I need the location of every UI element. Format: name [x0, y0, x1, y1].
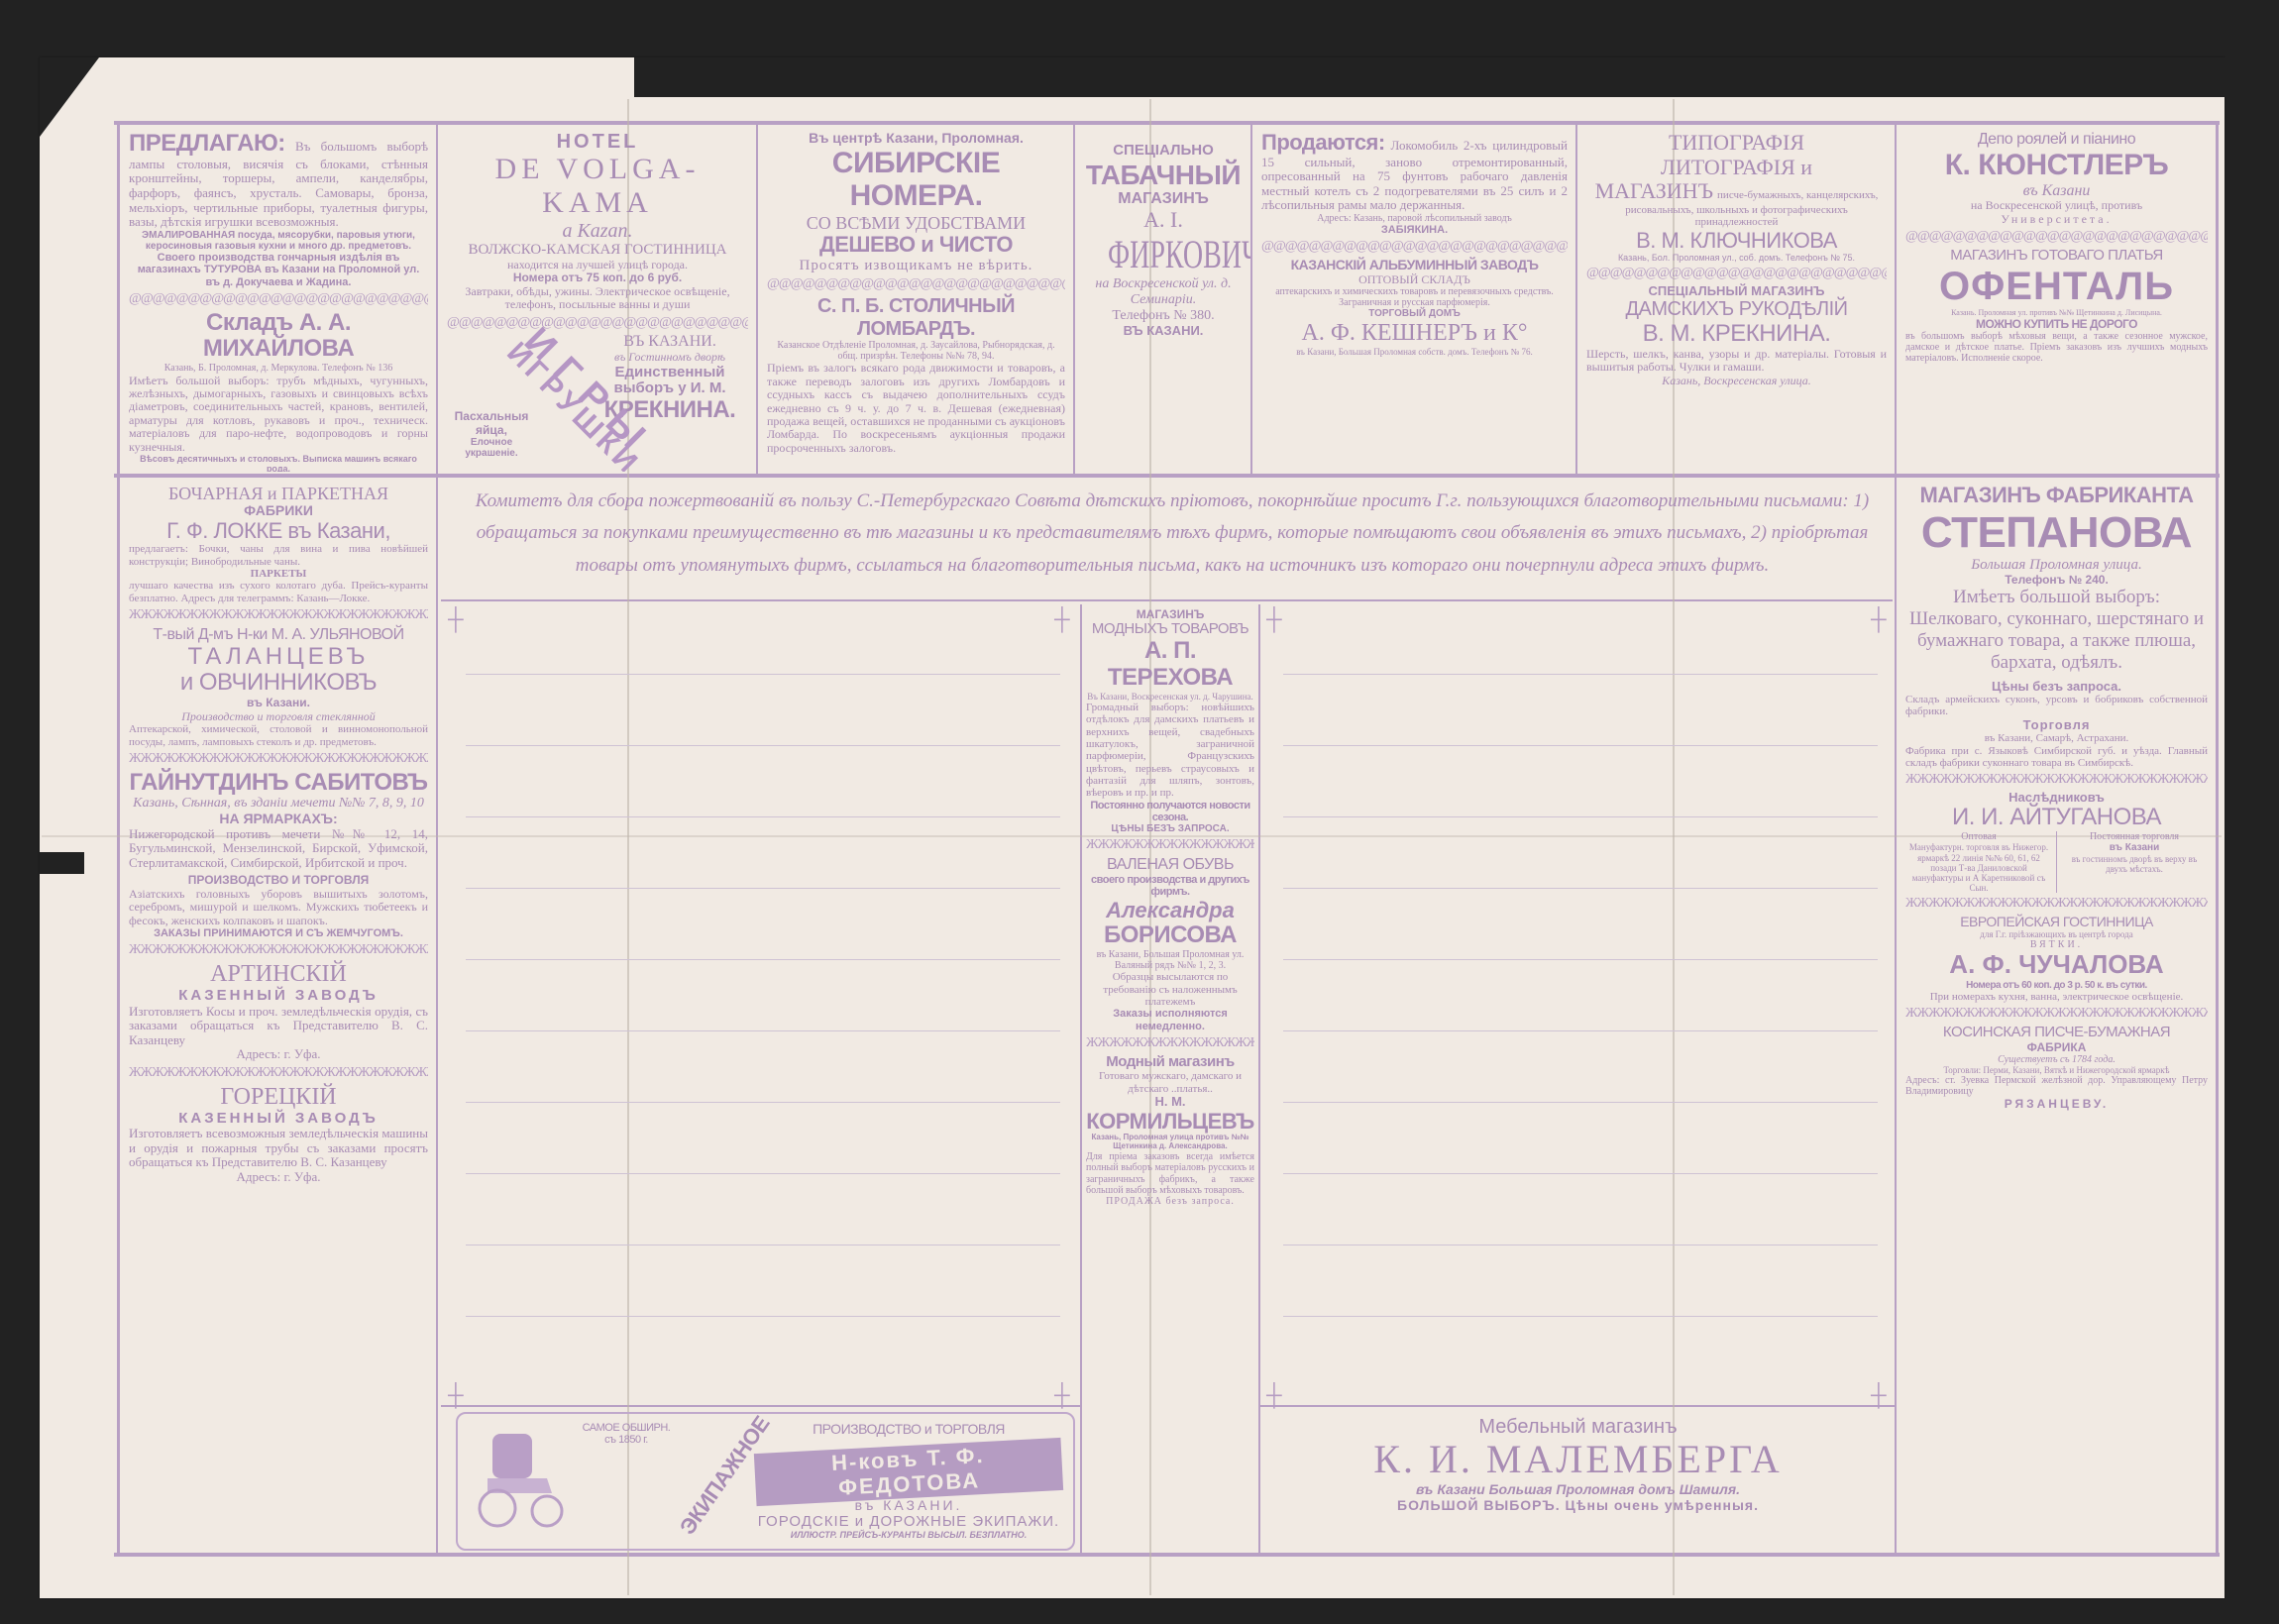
ad-kosinskaya: КОСИНСКАЯ ПИСЧЕ-БУМАЖНАЯ ФАБРИКА Существ… [1905, 1025, 2208, 1111]
col-divider [1073, 121, 1075, 474]
col-divider [756, 121, 758, 474]
ad-aituganov: Наслѣдниковъ И. И. АЙТУГАНОВА Оптовая Ма… [1905, 791, 2208, 893]
ornament-divider: @@@@@@@@@@@@@@@@@@@@@@@@@@@@@@@@@@@@ [767, 276, 1065, 292]
mid-rule [114, 474, 2220, 478]
ad-sibirskie-nomera: Въ центрѣ Казани, Проломная. СИБИРСКІЕ Н… [759, 127, 1073, 472]
ornament-divider: ЖЖЖЖЖЖЖЖЖЖЖЖЖЖЖЖЖЖЖЖЖЖЖЖЖЖЖЖЖЖЖЖ [129, 607, 428, 623]
left-border [117, 121, 120, 1556]
right-ad-column: МАГАЗИНЪ ФАБРИКАНТА СТЕПАНОВА Большая Пр… [1898, 480, 2216, 1553]
ad-goretsky: ГОРЕЦКІЙ КАЗЕННЫЙ ЗАВОДЪ Изготовляетъ вс… [129, 1084, 428, 1185]
ad-sabitov: ГАЙНУТДИНЪ САБИТОВЪ Казань, Сѣнная, въ з… [129, 770, 428, 940]
ornament-divider: ЖЖЖЖЖЖЖЖЖЖЖЖЖЖЖЖЖЖЖЖЖЖЖЖЖЖЖЖЖЖЖЖ [129, 942, 428, 958]
ad-talantsev: Т-вый Д-мъ Н-ки М. А. УЛЬЯНОВОЙ ТАЛАНЦЕВ… [129, 626, 428, 748]
ad-terekhov: МАГАЗИНЪ МОДНЫХЪ ТОВАРОВЪ А. П. ТЕРЕХОВА… [1086, 608, 1254, 834]
corner-cross-icon: ┼ [1266, 606, 1282, 632]
charity-notice: Комитетъ для сбора пожертвованій въ поль… [444, 486, 1900, 582]
corner-cross-icon: ┼ [1871, 1382, 1887, 1408]
col-divider [1575, 121, 1577, 474]
ornament-divider: @@@@@@@@@@@@@@@@@@@@@@@@@@@@@@@@@@@@ [1586, 266, 1887, 281]
ornament-divider: ЖЖЖЖЖЖЖЖЖЖЖЖЖЖЖЖЖЖЖЖЖЖЖЖЖЖЖЖЖЖЖЖ [1905, 772, 2208, 788]
ornament-divider: ЖЖЖЖЖЖЖЖЖЖЖЖЖЖЖЖЖЖЖЖЖЖЖЖЖЖЖЖЖЖЖЖ [129, 1065, 428, 1081]
ad-locke: БОЧАРНАЯ и ПАРКЕТНАЯ ФАБРИКИ Г. Ф. ЛОККЕ… [129, 484, 428, 604]
carriage-icon [468, 1424, 577, 1533]
ornament-divider: ЖЖЖЖЖЖЖЖЖЖЖЖЖЖЖЖЖЖЖЖЖЖЖЖЖЖЖЖЖЖЖЖ [1086, 1035, 1254, 1051]
ad-kunstler-ofental: Депо роялей и піанино К. КЮНСТЛЕРЪ въ Ка… [1898, 127, 2216, 472]
ornament-divider: @@@@@@@@@@@@@@@@@@@@@@@@@@@@@@@@@@@@ [1261, 239, 1568, 255]
corner-cross-icon: ┼ [448, 606, 464, 632]
col-divider [1250, 121, 1252, 474]
col-divider [1895, 121, 1897, 1556]
right-border [2216, 121, 2219, 1556]
ad-volga-kama-hotel: HOTEL DE VOLGA-KAMA a Kazan. ВОЛЖСКО-КАМ… [439, 127, 756, 472]
ad-borisova: ВАЛЕНАЯ ОБУВЬ своего производства и друг… [1086, 856, 1254, 1032]
ad-kormiltsev: Модный магазинъ Готоваго мужскаго, дамск… [1086, 1054, 1254, 1207]
ad-chuchalov: ЕВРОПЕЙСКАЯ ГОСТИННИЦА для Г.г. пріѣзжаю… [1905, 915, 2208, 1004]
ornament-divider: @@@@@@@@@@@@@@@@@@@@@@@@@@@@@@@@@@@@ [1905, 229, 2208, 245]
ornament-divider: @@@@@@@@@@@@@@@@@@@@@@@@@@@@@@@@@@@@ [129, 291, 428, 307]
corner-cross-icon: ┼ [1871, 606, 1887, 632]
bottom-rule [114, 1553, 2220, 1557]
ad-artinsky: АРТИНСКІЙ КАЗЕННЫЙ ЗАВОДЪ Изготовляетъ К… [129, 961, 428, 1062]
ad-stepanov: МАГАЗИНЪ ФАБРИКАНТА СТЕПАНОВА Большая Пр… [1905, 484, 2208, 769]
ad-malemberg-furniture: Мебельный магазинъ К. И. МАЛЕМБЕРГА въ К… [1263, 1412, 1893, 1551]
ad-lokomobil-kashner: Продаются: Локомобиль 2-хъ цилиндровый 1… [1253, 127, 1575, 472]
top-rule [114, 121, 2220, 125]
sheet-cutout [634, 57, 2229, 97]
bottom-ad-rule [441, 1405, 1080, 1407]
ad-predlagayu: ПРЕДЛАГАЮ: Въ большомъ выборѣ лампы стол… [121, 127, 436, 472]
corner-cross-icon: ┼ [1266, 1382, 1282, 1408]
notice-rule [441, 599, 1893, 601]
torn-corner [40, 57, 99, 137]
corner-cross-icon: ┼ [1054, 1382, 1070, 1408]
left-ad-column: БОЧАРНАЯ и ПАРКЕТНАЯ ФАБРИКИ Г. Ф. ЛОККЕ… [121, 480, 436, 1553]
col-divider [436, 121, 438, 1556]
ornament-divider: @@@@@@@@@@@@@@@@@@@@@@@@@@@@@@@@@@@@ [447, 315, 748, 331]
bottom-ad-rule [1260, 1405, 1895, 1407]
ornament-divider: ЖЖЖЖЖЖЖЖЖЖЖЖЖЖЖЖЖЖЖЖЖЖЖЖЖЖЖЖЖЖЖЖ [129, 751, 428, 767]
corner-cross-icon: ┼ [448, 1382, 464, 1408]
tear-mark [40, 852, 84, 874]
center-ad-column: МАГАЗИНЪ МОДНЫХЪ ТОВАРОВЪ А. П. ТЕРЕХОВА… [1082, 606, 1258, 1553]
ad-firkovich-tobacco: СПЕЦІАЛЬНО ТАБАЧНЫЙ МАГАЗИНЪ А. I. ФИРКО… [1076, 127, 1250, 472]
corner-cross-icon: ┼ [1054, 606, 1070, 632]
ornament-divider: ЖЖЖЖЖЖЖЖЖЖЖЖЖЖЖЖЖЖЖЖЖЖЖЖЖЖЖЖЖЖЖЖ [1905, 1006, 2208, 1022]
ad-klyuchnikova-kreknina: ТИПОГРАФІЯ ЛИТОГРАФІЯ и МАГАЗИНЪ писче-б… [1578, 127, 1895, 472]
col-divider [1258, 604, 1260, 1556]
ornament-divider: ЖЖЖЖЖЖЖЖЖЖЖЖЖЖЖЖЖЖЖЖЖЖЖЖЖЖЖЖЖЖЖЖ [1086, 837, 1254, 853]
ad-fedotov-carriages: САМОЕ ОБШИРН. съ 1850 г. ЭКИПАЖНОЕ ПРОИЗ… [456, 1412, 1075, 1551]
ornament-divider: ЖЖЖЖЖЖЖЖЖЖЖЖЖЖЖЖЖЖЖЖЖЖЖЖЖЖЖЖЖЖЖЖ [1905, 896, 2208, 912]
